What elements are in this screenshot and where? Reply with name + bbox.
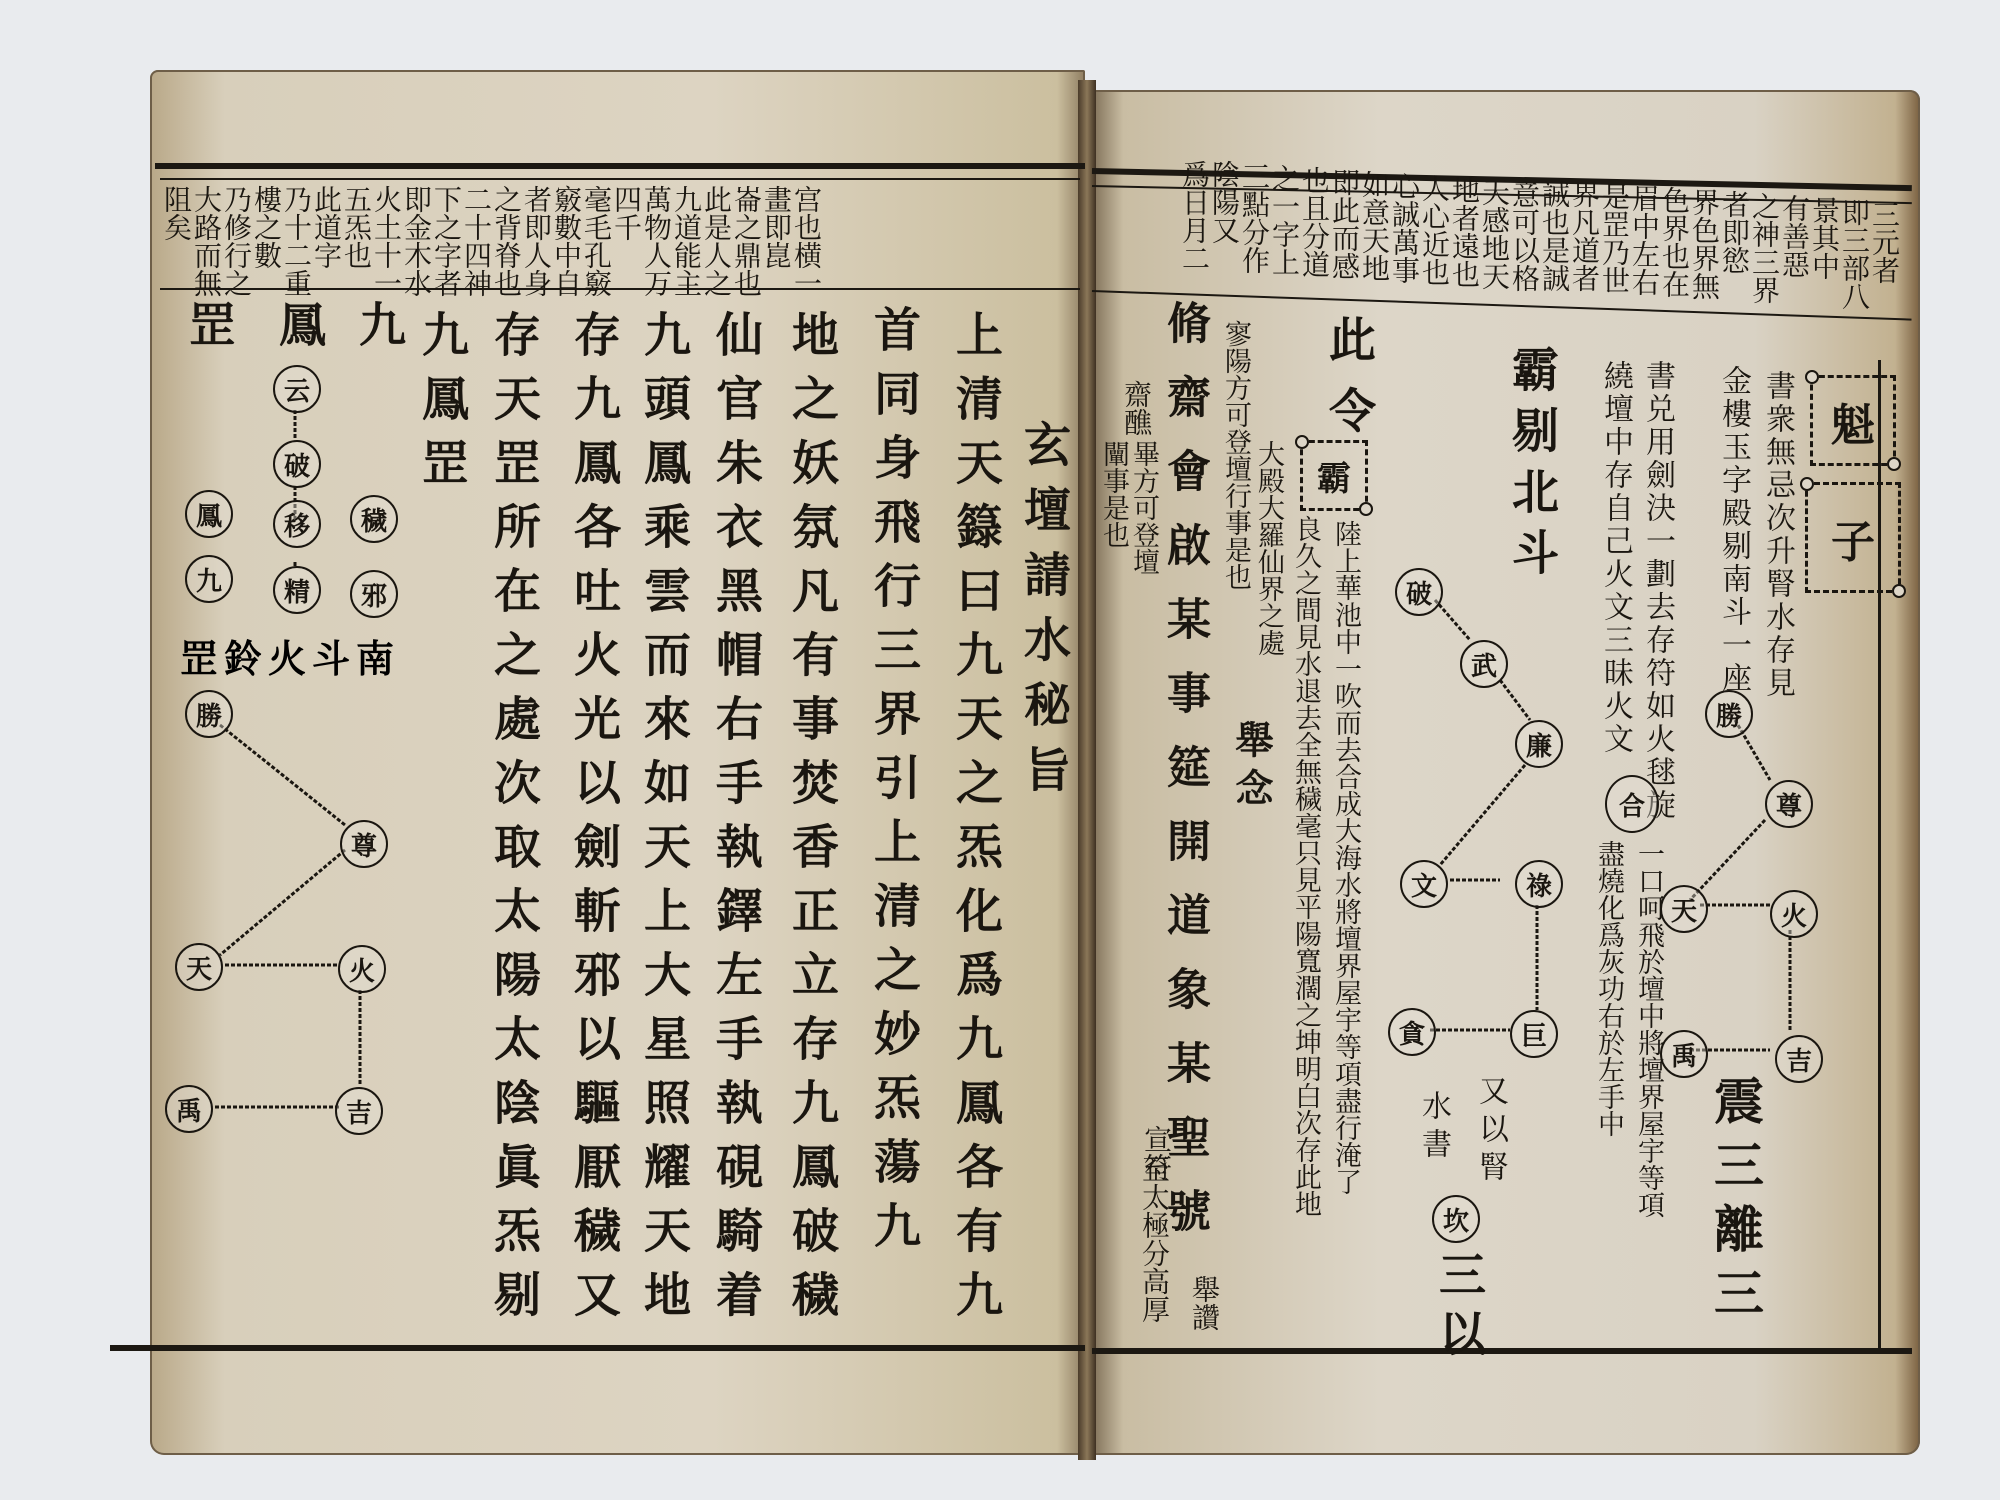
right-header-note: 是罡乃世 — [1600, 182, 1628, 294]
trigram-text: 三以 — [1435, 1250, 1482, 1368]
trigram-text: 又以腎 — [1475, 1075, 1505, 1189]
diagram-node: 貪 — [1388, 1008, 1436, 1056]
right-header-note: 三元者 — [1870, 200, 1898, 284]
boxed-glyph-ba: 霸 — [1300, 440, 1368, 511]
right-header-note: 眉中左右 — [1630, 184, 1658, 296]
left-header-note: 下之字者 — [432, 185, 460, 297]
section-title: 玄壇請水秘旨 — [1020, 420, 1067, 810]
diagram-caption: 南斗火鈴罡 — [180, 628, 400, 683]
main-text-column: 首同身飛行三界引上清之妙炁蕩九 — [870, 305, 917, 1265]
diagram-node: 火 — [338, 945, 386, 993]
left-header-note: 大路而無 — [192, 185, 220, 297]
diagram-node: 移 — [273, 500, 321, 548]
diagram-node: 邪 — [350, 570, 398, 618]
left-header-note: 火土十一 — [372, 185, 400, 297]
main-text-column: 九鳳罡 — [418, 310, 465, 502]
diagram-node: 巨 — [1510, 1010, 1558, 1058]
left-header-note: 毫毛孔竅 — [582, 185, 610, 297]
ju-nian-text: 舉念 — [1232, 720, 1270, 816]
right-text-column: 至太極分高厚 — [1140, 1155, 1168, 1323]
left-header-note: 畫即崑 — [762, 185, 790, 269]
right-header-note: 者即慾 — [1720, 190, 1748, 274]
left-header-note: 宫也横一 — [792, 185, 820, 297]
diagram-node: 吉 — [335, 1087, 383, 1135]
diagram-heading-char: 九 — [355, 300, 402, 347]
right-text-column: 繞壇中存自己火文三昧火文 — [1600, 360, 1630, 756]
ci-ling-heading: 此令 — [1325, 315, 1372, 457]
left-header-note: 萬物人万 — [642, 185, 670, 297]
left-header-note: 五炁也 — [342, 185, 370, 269]
diagram-node: 勝 — [1705, 690, 1753, 738]
diagram-node: 破 — [1395, 568, 1443, 616]
right-header-note: 三點分作 — [1240, 162, 1268, 274]
diagram-heading-char: 罡 — [185, 300, 232, 347]
right-header-note: 人心近也 — [1420, 174, 1448, 286]
main-text-column: 上清天籙曰九天之炁化爲九鳳各有九 — [952, 310, 999, 1334]
trigram-text: 震三離三 — [1710, 1075, 1760, 1331]
right-header-note: 界凡道者 — [1570, 180, 1598, 292]
right-header-note: 爲日月二 — [1180, 160, 1208, 272]
book-spine — [1078, 80, 1096, 1460]
right-text-column: 闡事是也 — [1100, 440, 1127, 548]
right-text-column: 大殿大羅仙界之處 — [1255, 440, 1282, 656]
left-header-note: 此道字 — [312, 185, 340, 269]
right-text-column: 陸上華池中一吹而去合成大海水將壇界屋宇等項盡行淹了 — [1332, 520, 1359, 1195]
left-header-note: 乃修行之 — [222, 185, 250, 297]
left-header-note: 崙之鼎也 — [732, 185, 760, 297]
main-text-column: 九頭鳳乘雲而來如天上大星照耀天地 — [640, 310, 687, 1334]
left-top-inner-rule — [160, 178, 1080, 180]
diagram-node: 尊 — [1765, 780, 1813, 828]
open-book: 宫也横一 畫即崑 崙之鼎也 此是人之 九道能主 萬物人万 四千 毫毛孔竅 竅數中… — [0, 0, 2000, 1500]
right-header-note: 陰陽又 — [1210, 160, 1238, 244]
diagram-node: 文 — [1400, 860, 1448, 908]
right-header-note: 心誠萬事 — [1390, 172, 1418, 284]
main-text-column: 仙官朱衣黑帽右手執鐸左手執硯騎着 — [712, 310, 759, 1334]
kan-node: 坎 — [1432, 1195, 1480, 1243]
left-header-note: 即金木水 — [402, 185, 430, 297]
main-text-column: 地之妖氛凡有事焚香正立存九鳳破穢 — [788, 310, 835, 1334]
right-header-note: 有善惡 — [1780, 194, 1808, 278]
diagram-node: 天 — [1660, 885, 1708, 933]
left-header-note: 竅數中自 — [552, 185, 580, 297]
right-text-column: 齋醮 — [1122, 380, 1150, 436]
left-top-rule — [155, 163, 1085, 169]
diagram-node: 勝 — [185, 690, 233, 738]
diagram-node: 九 — [185, 555, 233, 603]
talisman-zi: 子 — [1805, 482, 1901, 593]
trigram-text: 水書 — [1418, 1090, 1448, 1166]
diagram-node: 禹 — [1660, 1030, 1708, 1078]
right-header-note: 之一字上 — [1270, 164, 1298, 276]
left-header-note: 者即人身 — [522, 185, 550, 297]
right-header-note: 界色界無 — [1690, 188, 1718, 300]
left-bottom-rule — [110, 1345, 1085, 1351]
left-header-note: 二十四神 — [462, 185, 490, 297]
diagram-node: 鳳 — [185, 490, 233, 538]
talisman-kui: 魁 — [1810, 375, 1896, 466]
diagram-node: 破 — [273, 440, 321, 488]
left-header-note: 乃十二重 — [282, 185, 310, 297]
left-header-note: 樓之數 — [252, 185, 280, 269]
right-bottom-rule — [1092, 1348, 1912, 1354]
diagram-node: 武 — [1460, 640, 1508, 688]
right-text-column: 良久之間見水退去全無穢毫只見平陽寬濶之坤明白次存此地 — [1292, 515, 1319, 1217]
left-header-note: 四千 — [612, 185, 640, 241]
right-text-column: 金樓玉字殿剔南斗一座 — [1718, 365, 1748, 695]
right-header-note: 地者遠也 — [1450, 176, 1478, 288]
left-header-note: 此是人之 — [702, 185, 730, 297]
main-text-column: 存天罡所在之處次取太陽太陰眞炁剔 — [490, 310, 537, 1334]
he-note: 盡燒化爲灰功右於左手中 — [1595, 840, 1622, 1137]
diagram-node: 禹 — [165, 1085, 213, 1133]
diagram-node: 云 — [273, 365, 321, 413]
main-invocation-column: 脩齋會啟某事筵開道象某聖號 — [1162, 300, 1206, 1262]
left-header-note: 九道能主 — [672, 185, 700, 297]
right-text-column: 畢方可登壇 — [1130, 440, 1157, 575]
right-header-note: 景其中 — [1810, 196, 1838, 280]
right-text-column: 舉讚 — [1190, 1275, 1218, 1331]
right-header-note: 天感地天 — [1480, 178, 1508, 290]
right-text-column: 書衆無忌次升腎水存見 — [1762, 370, 1792, 700]
diagram-node: 吉 — [1775, 1035, 1823, 1083]
diagram-node: 祿 — [1515, 860, 1563, 908]
diagram-node: 精 — [273, 566, 321, 614]
diagram-node: 天 — [175, 943, 223, 991]
diagram-node: 穢 — [350, 495, 398, 543]
right-header-note: 之神三界 — [1750, 192, 1778, 304]
main-text-column: 存九鳳各吐火光以劍斬邪以驅厭穢又 — [570, 310, 617, 1334]
right-text-column: 書兑用劍決一劃去存符如火毬旋 — [1642, 360, 1672, 822]
left-header-note: 之背脊也 — [492, 185, 520, 297]
he-note: 一口呵飛於壇中將壇界屋宇等項 — [1635, 840, 1662, 1218]
he-node: 合 — [1605, 775, 1659, 833]
left-header-note: 阻矣 — [162, 185, 190, 241]
diagram-node: 廉 — [1515, 720, 1563, 768]
right-header-note: 誠也是誠 — [1540, 180, 1568, 292]
right-header-note: 色界也在 — [1660, 186, 1688, 298]
right-text-column: 寥陽方可登壇行事是也 — [1222, 320, 1249, 590]
bei-dou-heading: 霸剔北斗 — [1508, 345, 1555, 589]
right-header-note: 如意天地 — [1360, 170, 1388, 282]
right-header-note: 即此而感 — [1330, 168, 1358, 280]
right-header-note: 也且分道 — [1300, 166, 1328, 278]
right-header-note: 即三部八 — [1840, 198, 1868, 310]
diagram-node: 尊 — [340, 820, 388, 868]
diagram-node: 火 — [1770, 890, 1818, 938]
diagram-heading-char: 鳳 — [275, 300, 322, 347]
right-header-note: 意可以格 — [1510, 180, 1538, 292]
